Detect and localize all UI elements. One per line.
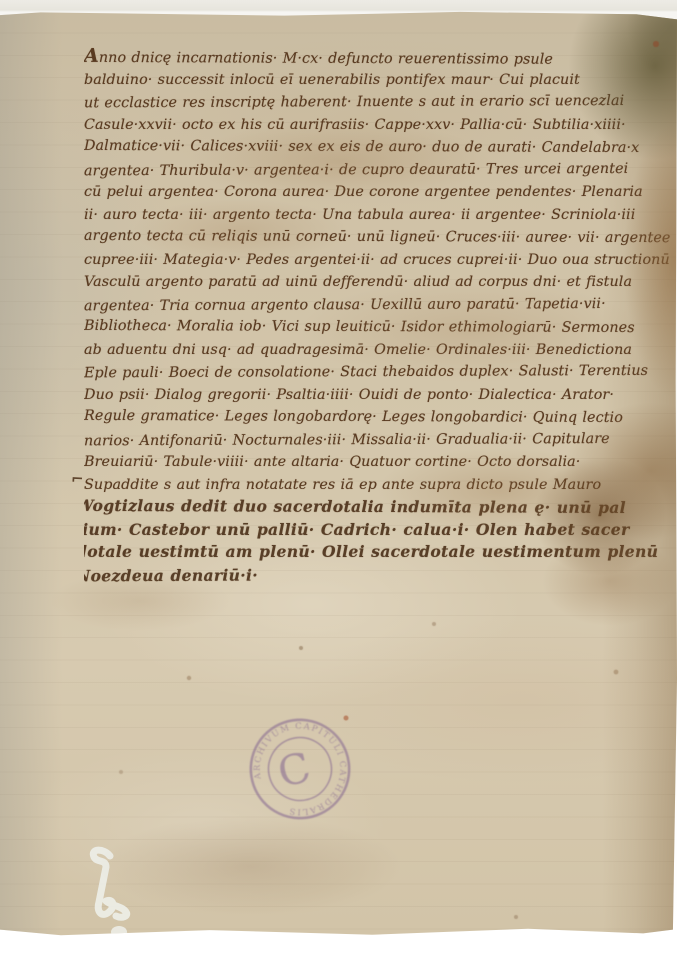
- manuscript-line: ut ecclastice res inscriptę haberent· In…: [84, 90, 674, 115]
- manuscript-line: cū pelui argentea· Corona aurea· Due cor…: [84, 181, 674, 204]
- manuscript-line: balduino· successit inlocū eī uenerabili…: [84, 69, 674, 92]
- manuscript-line: narios· Antifonariū· Nocturnales·iii· Mi…: [84, 427, 674, 452]
- manuscript-line: Bibliotheca· Moralia iob· Vici sup leuit…: [84, 315, 674, 340]
- library-stamp-icon: ARCHIVUM CAPITULI CATHEDRALIS C: [228, 697, 371, 840]
- manuscript-line: Casule·xxvii· octo ex his cū aurifrasiis…: [84, 114, 674, 137]
- margin-tick: ⌐: [71, 470, 85, 489]
- erasure-blob: [111, 926, 127, 938]
- manuscript-line: ab aduentu dni usq· ad quadragesimā· Ome…: [84, 339, 674, 362]
- erasure-mark: [82, 846, 146, 946]
- manuscript-line: argentea· Thuribula·v· argentea·i· de cu…: [84, 157, 674, 182]
- manuscript-line: Supaddite s aut infra notatate res iā ep…: [84, 474, 674, 497]
- manuscript-line: Anno dnicę incarnationis· M·cx· defuncto…: [84, 46, 674, 70]
- manuscript-line: Duo psii· Dialog gregorii· Psaltia·iiii·…: [84, 384, 674, 407]
- ink-specks: [0, 11, 2, 13]
- manuscript-line: Regule gramatice· Leges longobardorę· Le…: [84, 405, 674, 430]
- manuscript-line: cupree·iii· Mategia·v· Pedes argentei·ii…: [84, 249, 674, 272]
- manuscript-line: argentea· Tria cornua argento clausa· Ue…: [84, 292, 674, 317]
- text-block: Anno dnicę incarnationis· M·cx· defuncto…: [84, 46, 674, 606]
- manuscript-line: ii· auro tecta· iii· argento tecta· Una …: [84, 204, 674, 227]
- manuscript-line: Eple pauli· Boeci de consolatione· Staci…: [84, 360, 674, 385]
- photo-backdrop: Anno dnicę incarnationis· M·cx· defuncto…: [0, 0, 677, 955]
- manuscript-leaf: Anno dnicę incarnationis· M·cx· defuncto…: [0, 11, 677, 938]
- manuscript-line-addendum: Wogtizlaus dedit duo sacerdotalia indumī…: [84, 495, 674, 520]
- erasure-shape: [93, 850, 126, 917]
- manuscript-line: Dalmatice·vii· Calices·xviii· sex ex eis…: [84, 135, 674, 160]
- manuscript-line-addendum: dotale uestimtū am plenū· Ollei sacerdot…: [84, 541, 674, 564]
- manuscript-line: Breuiariū· Tabule·viiii· ante altaria· Q…: [84, 451, 674, 474]
- manuscript-line: argento tecta cū reliqis unū corneū· unū…: [84, 225, 674, 250]
- manuscript-line: Vasculū argento paratū ad uinū defferend…: [84, 271, 674, 294]
- manuscript-line-addendum: lium· Castebor unū palliū· Cadrich· calu…: [84, 519, 674, 542]
- manuscript-line-addendum: Noezdeua denariū·i·: [84, 562, 674, 587]
- stamp-center-letter: C: [273, 743, 315, 797]
